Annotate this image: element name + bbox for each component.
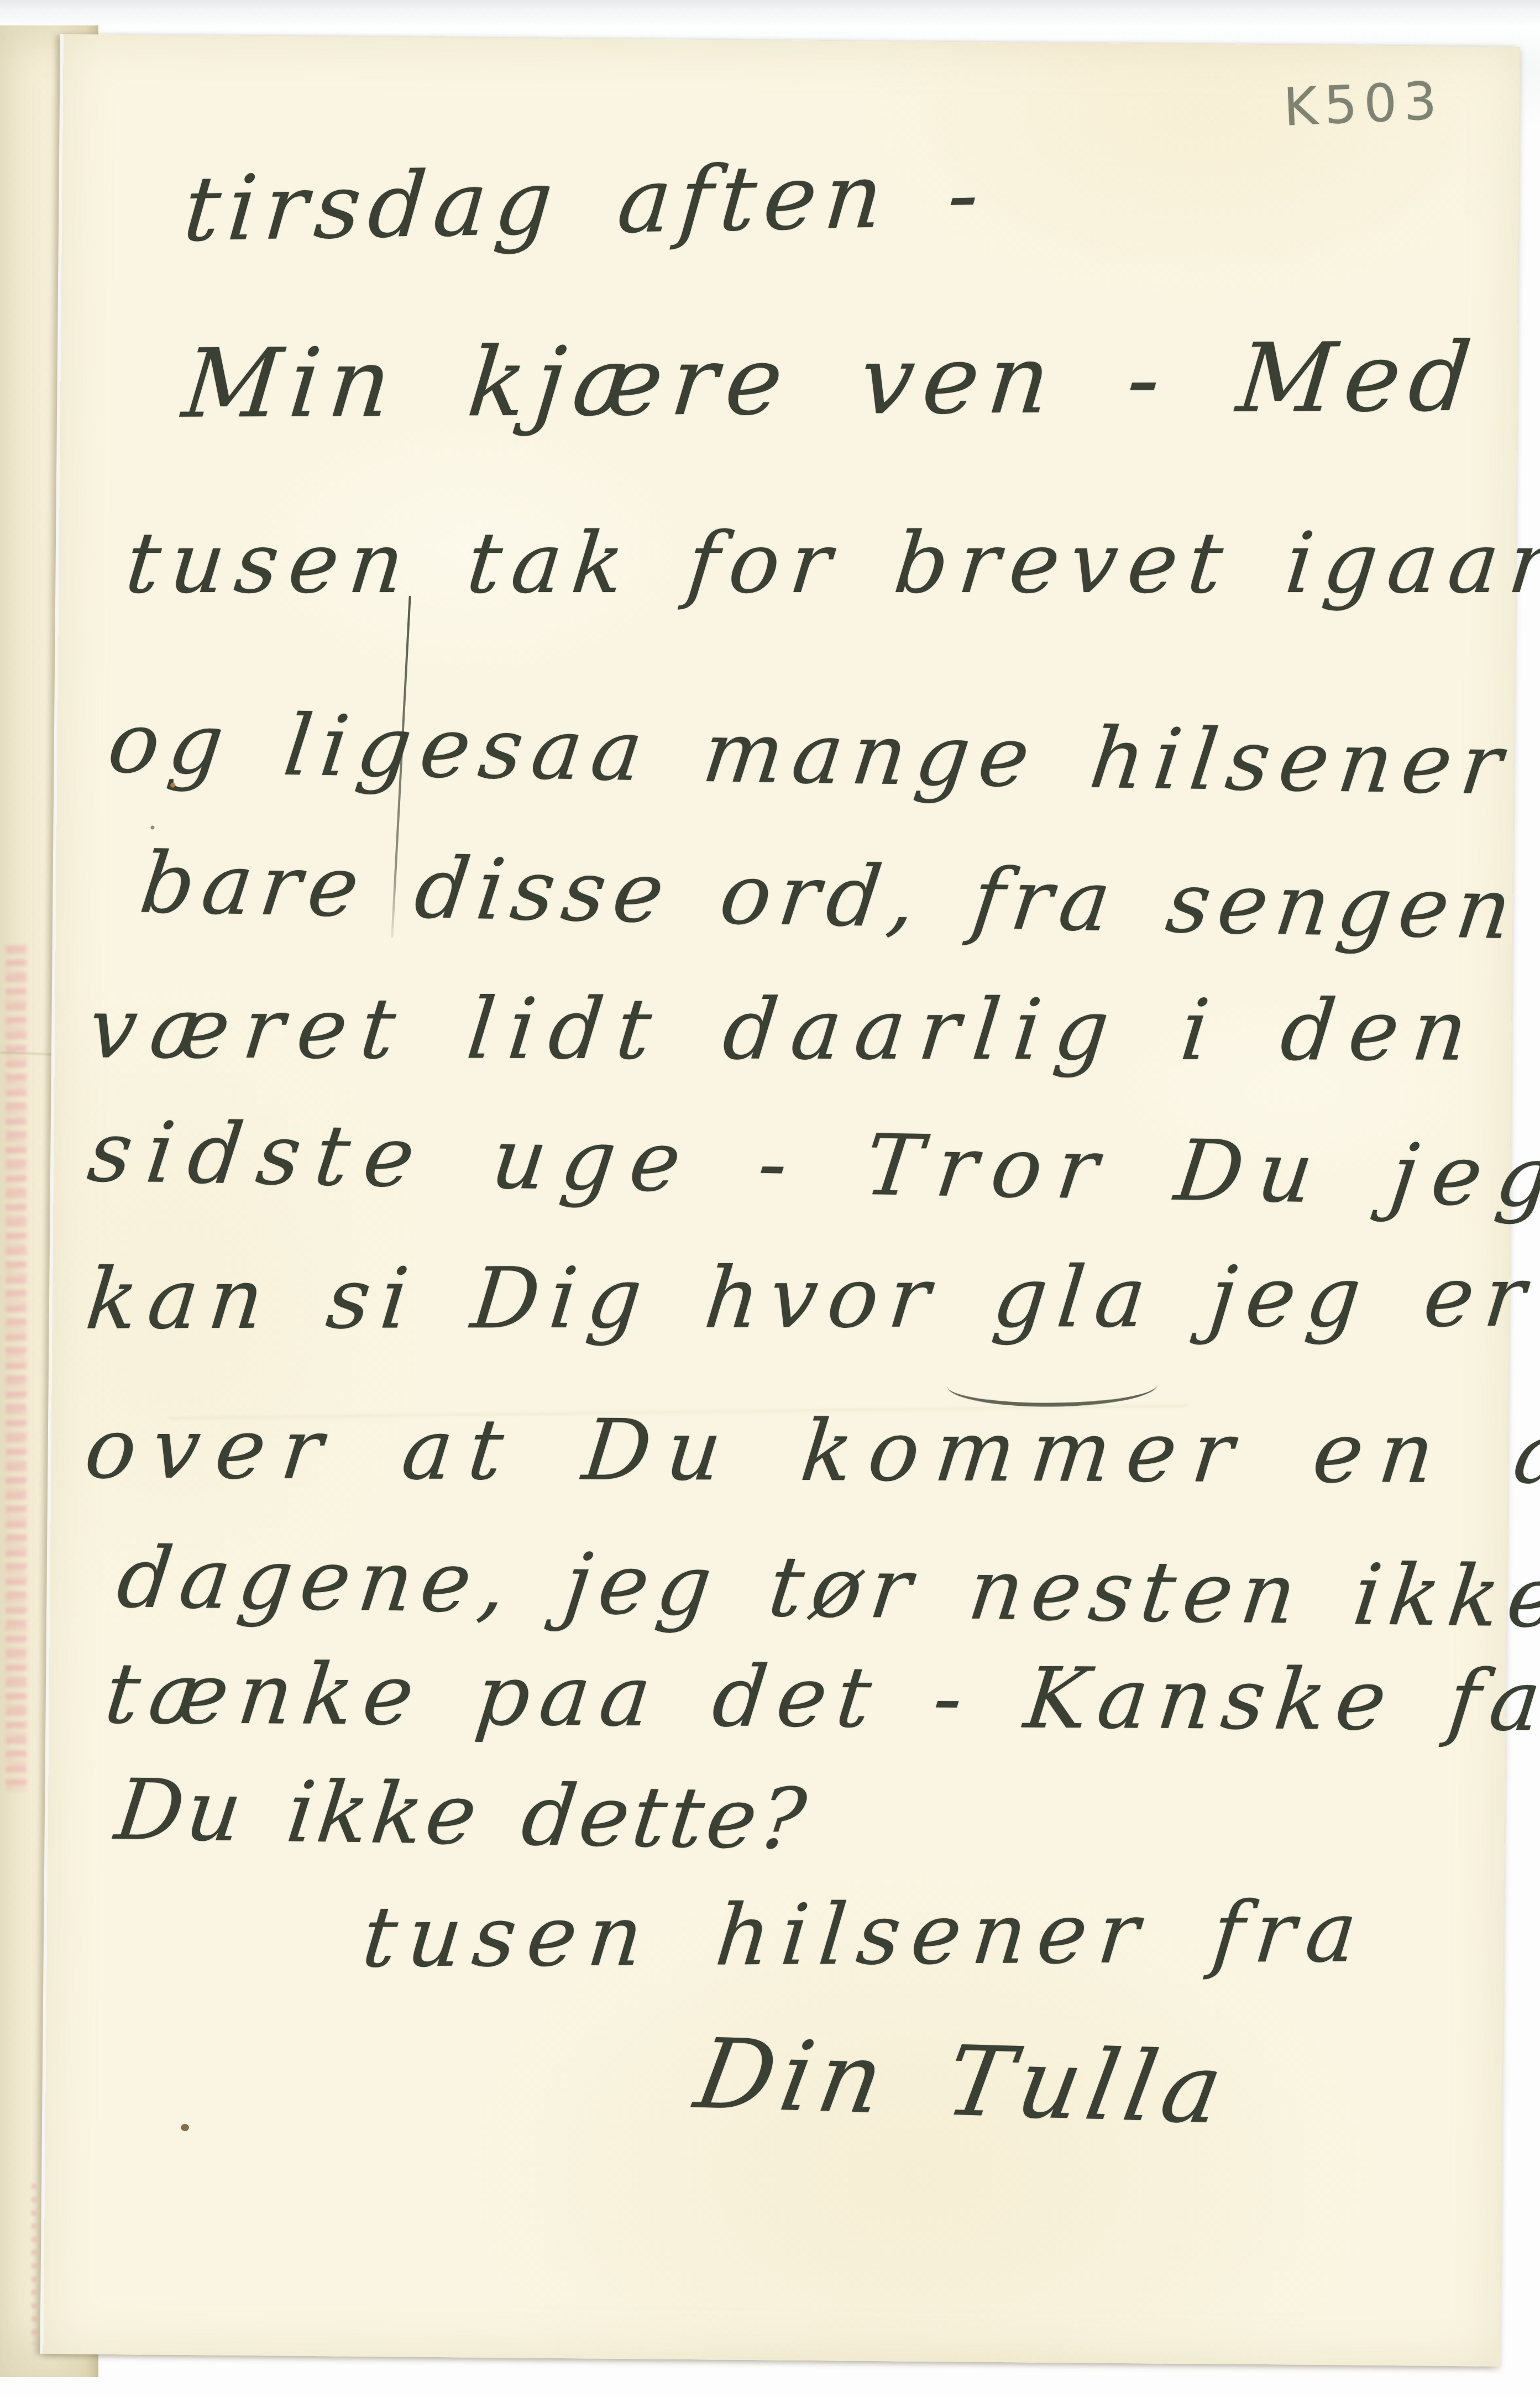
letter-page: K503 tirsdag aften - Min kjære ven - Med… — [43, 34, 1520, 2367]
handwritten-line: over at Du kommer en af — [81, 1406, 1540, 1496]
red-ink-bleed-marks-small — [31, 2184, 36, 2344]
handwritten-line: Du ikke dette? — [111, 1768, 813, 1861]
handwritten-line: tænke paa det - Kanske faar — [101, 1652, 1540, 1744]
handwritten-line: dagene, jeg tør nesten ikke — [113, 1536, 1540, 1640]
paper-speck — [170, 783, 175, 788]
handwritten-line: og ligesaa mange hilsener — — [104, 701, 1540, 809]
red-ink-bleed-marks — [6, 945, 27, 1791]
handwritten-line-closing: tusen hilsener fra — [359, 1890, 1371, 1980]
handwritten-line: kan si Dig hvor gla jeg er — [82, 1255, 1539, 1342]
handwritten-line: bare disse ord, fra sengen - — [136, 841, 1540, 953]
handwritten-line: været lidt daarlig i den — [85, 986, 1485, 1072]
handwritten-line-dateline: tirsdag aften - — [181, 150, 991, 255]
handwritten-signature: Din Tulla — [689, 2026, 1235, 2138]
handwritten-line: tusen tak for brevet igaar — [122, 521, 1540, 605]
handwritten-line: sidste uge - Tror Du jeg — [84, 1110, 1540, 1220]
paper-speck — [150, 825, 154, 829]
paper-speck — [181, 2124, 189, 2131]
handwritten-line-salutation: Min kjære ven - Med — [179, 329, 1484, 431]
scanned-letter-screenshot: { "scan": { "annotation": "K503", "lette… — [0, 0, 1540, 2397]
ink-underline-stroke — [947, 1363, 1157, 1407]
pencil-archive-code: K503 — [1282, 71, 1445, 138]
